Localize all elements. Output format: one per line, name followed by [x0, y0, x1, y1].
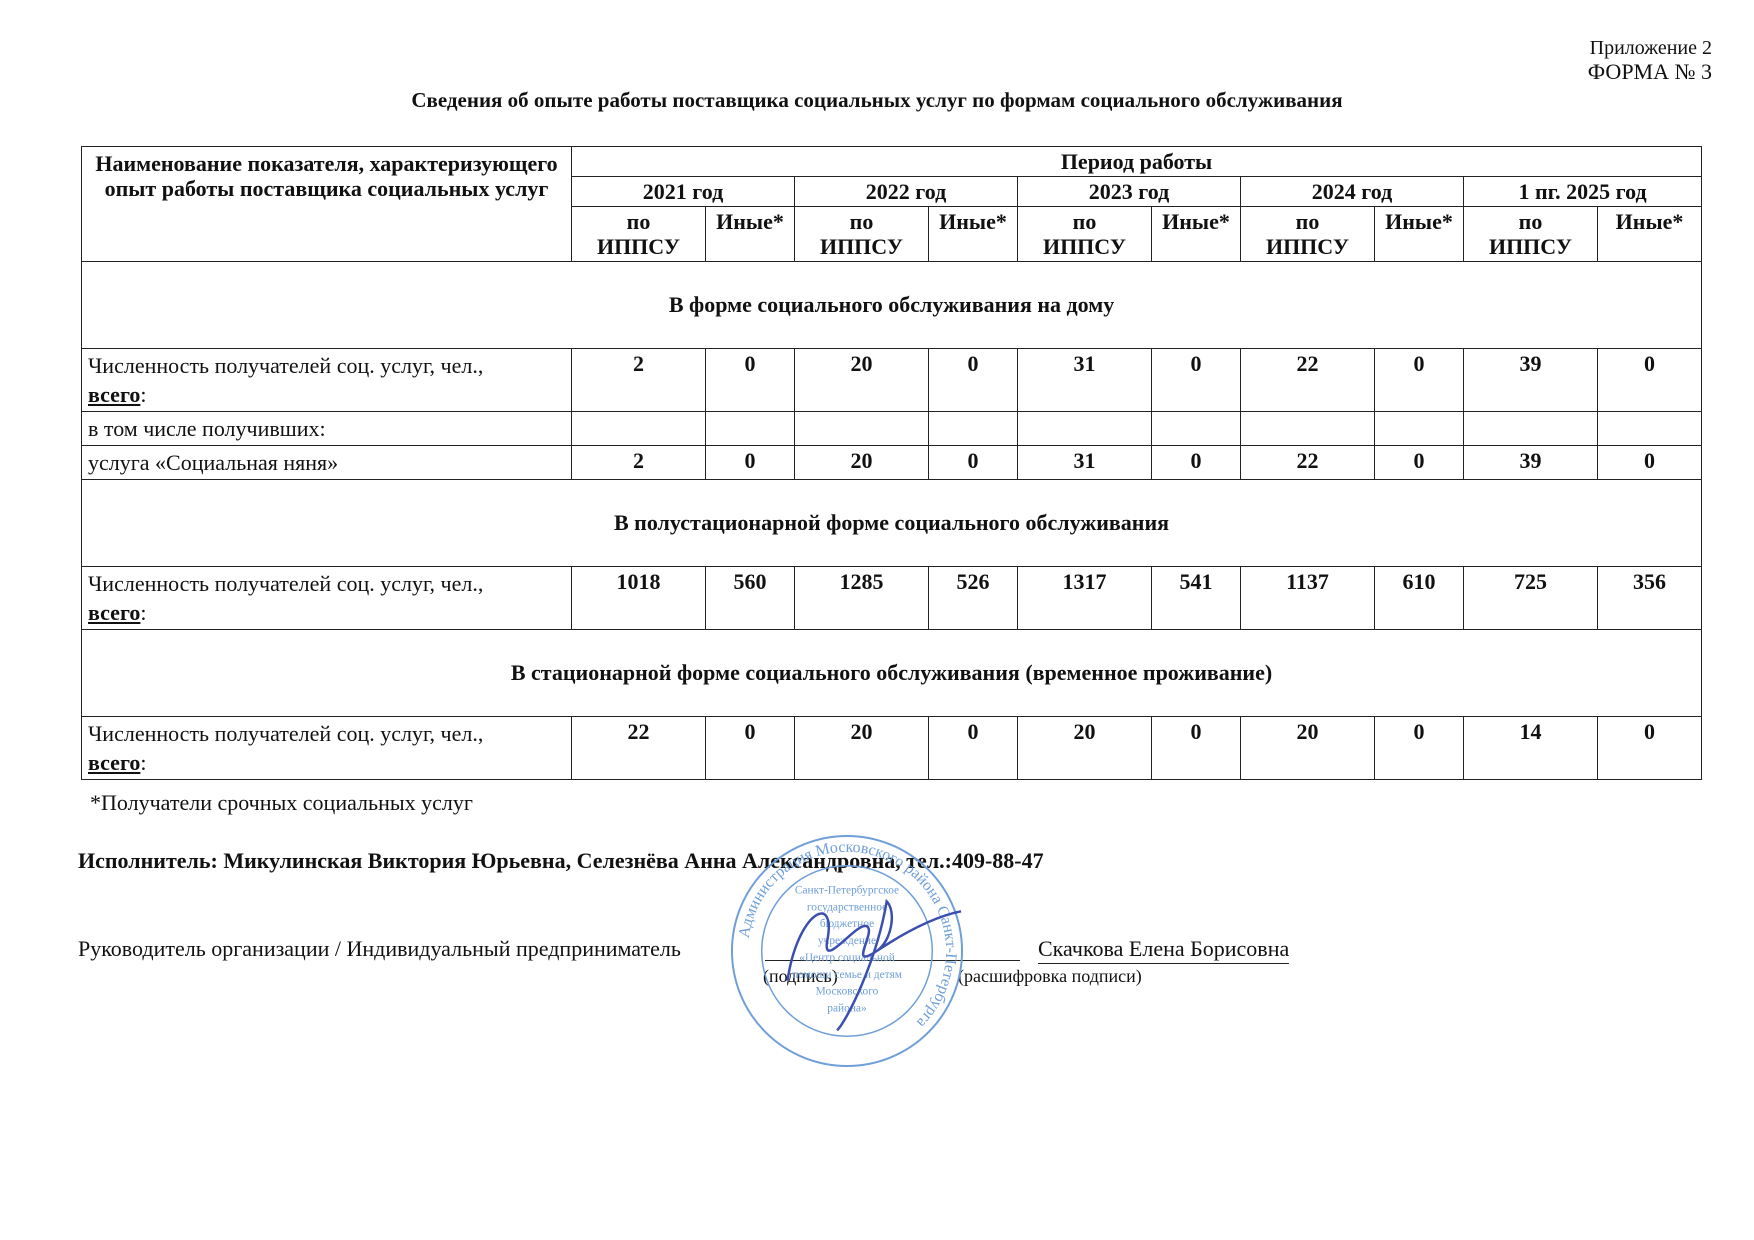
svg-text:Санкт-Петербургское: Санкт-Петербургское [795, 884, 899, 896]
section-title: В стационарной форме социального обслужи… [82, 630, 1702, 717]
indicator-label: Численность получателей соц. услуг, чел.… [82, 349, 572, 412]
section-title: В полустационарной форме социального обс… [82, 480, 1702, 567]
ippsu-subheader: поИППСУ [1018, 207, 1152, 262]
indicator-label: услуга «Социальная няня» [82, 446, 572, 480]
value-cell: 0 [706, 349, 795, 412]
value-cell: 541 [1152, 567, 1241, 630]
svg-text:помощи семье и детям: помощи семье и детям [792, 969, 902, 981]
value-cell [795, 412, 929, 446]
value-cell: 1018 [572, 567, 706, 630]
value-cell: 20 [1018, 717, 1152, 780]
value-cell: 22 [572, 717, 706, 780]
value-cell: 610 [1375, 567, 1464, 630]
value-cell: 0 [1375, 349, 1464, 412]
other-subheader: Иные* [706, 207, 795, 262]
year-header: 2021 год [572, 177, 795, 207]
form-number: ФОРМА № 3 [1588, 60, 1712, 84]
signatory-role: Руководитель организации / Индивидуальны… [78, 936, 681, 962]
section-title: В форме социального обслуживания на дому [82, 262, 1702, 349]
value-cell: 0 [706, 717, 795, 780]
year-header: 2024 год [1241, 177, 1464, 207]
value-cell: 1137 [1241, 567, 1375, 630]
ippsu-subheader: поИППСУ [1464, 207, 1598, 262]
value-cell: 0 [929, 717, 1018, 780]
value-cell: 0 [929, 349, 1018, 412]
indicator-label: в том числе получивших: [82, 412, 572, 446]
value-cell: 1317 [1018, 567, 1152, 630]
value-cell: 725 [1464, 567, 1598, 630]
table-row: Численность получателей соц. услуг, чел.… [82, 349, 1702, 412]
value-cell: 0 [1598, 446, 1702, 480]
table-row: в том числе получивших: [82, 412, 1702, 446]
ippsu-subheader: поИППСУ [572, 207, 706, 262]
ippsu-subheader: поИППСУ [1241, 207, 1375, 262]
value-cell: 526 [929, 567, 1018, 630]
value-cell: 20 [795, 717, 929, 780]
value-cell: 20 [795, 349, 929, 412]
value-cell: 0 [1152, 717, 1241, 780]
period-header: Период работы [572, 147, 1702, 177]
appendix-number: Приложение 2 [1588, 36, 1712, 60]
value-cell: 14 [1464, 717, 1598, 780]
value-cell: 31 [1018, 349, 1152, 412]
value-cell [1375, 412, 1464, 446]
indicator-name-header: Наименование показателя, характеризующег… [82, 147, 572, 262]
value-cell [1018, 412, 1152, 446]
value-cell: 0 [929, 446, 1018, 480]
value-cell: 20 [795, 446, 929, 480]
experience-table: Наименование показателя, характеризующег… [81, 146, 1702, 780]
table-row: услуга «Социальная няня»20200310220390 [82, 446, 1702, 480]
value-cell [1241, 412, 1375, 446]
value-cell [1152, 412, 1241, 446]
document-title: Сведения об опыте работы поставщика соци… [0, 88, 1754, 113]
year-header: 2023 год [1018, 177, 1241, 207]
value-cell: 31 [1018, 446, 1152, 480]
value-cell: 0 [1152, 349, 1241, 412]
value-cell: 20 [1241, 717, 1375, 780]
value-cell [1598, 412, 1702, 446]
year-header: 1 пг. 2025 год [1464, 177, 1702, 207]
value-cell: 0 [1152, 446, 1241, 480]
value-cell: 0 [706, 446, 795, 480]
value-cell: 0 [1598, 349, 1702, 412]
value-cell: 356 [1598, 567, 1702, 630]
indicator-label: Численность получателей соц. услуг, чел.… [82, 717, 572, 780]
svg-text:Московского: Московского [816, 986, 879, 998]
ippsu-subheader: поИППСУ [795, 207, 929, 262]
value-cell: 0 [1598, 717, 1702, 780]
table-row: Численность получателей соц. услуг, чел.… [82, 717, 1702, 780]
value-cell [929, 412, 1018, 446]
svg-text:района»: района» [827, 1002, 867, 1014]
value-cell [706, 412, 795, 446]
other-subheader: Иные* [1375, 207, 1464, 262]
signatory-name: Скачкова Елена Борисовна [1038, 936, 1289, 964]
value-cell: 22 [1241, 349, 1375, 412]
indicator-label: Численность получателей соц. услуг, чел.… [82, 567, 572, 630]
decode-caption: (расшифровка подписи) [958, 966, 1142, 987]
year-header: 2022 год [795, 177, 1018, 207]
value-cell: 0 [1375, 717, 1464, 780]
value-cell [572, 412, 706, 446]
value-cell: 39 [1464, 446, 1598, 480]
value-cell [1464, 412, 1598, 446]
value-cell: 2 [572, 446, 706, 480]
value-cell: 22 [1241, 446, 1375, 480]
other-subheader: Иные* [929, 207, 1018, 262]
value-cell: 1285 [795, 567, 929, 630]
appendix-label: Приложение 2 ФОРМА № 3 [1588, 36, 1712, 84]
value-cell: 39 [1464, 349, 1598, 412]
svg-text:«Центр социальной: «Центр социальной [799, 952, 895, 964]
other-subheader: Иные* [1152, 207, 1241, 262]
svg-text:государственное: государственное [807, 901, 887, 913]
footnote: *Получатели срочных социальных услуг [90, 790, 473, 816]
value-cell: 560 [706, 567, 795, 630]
value-cell: 2 [572, 349, 706, 412]
other-subheader: Иные* [1598, 207, 1702, 262]
table-row: Численность получателей соц. услуг, чел.… [82, 567, 1702, 630]
official-stamp: Администрация Московского района Санкт-П… [728, 832, 966, 1070]
value-cell: 0 [1375, 446, 1464, 480]
